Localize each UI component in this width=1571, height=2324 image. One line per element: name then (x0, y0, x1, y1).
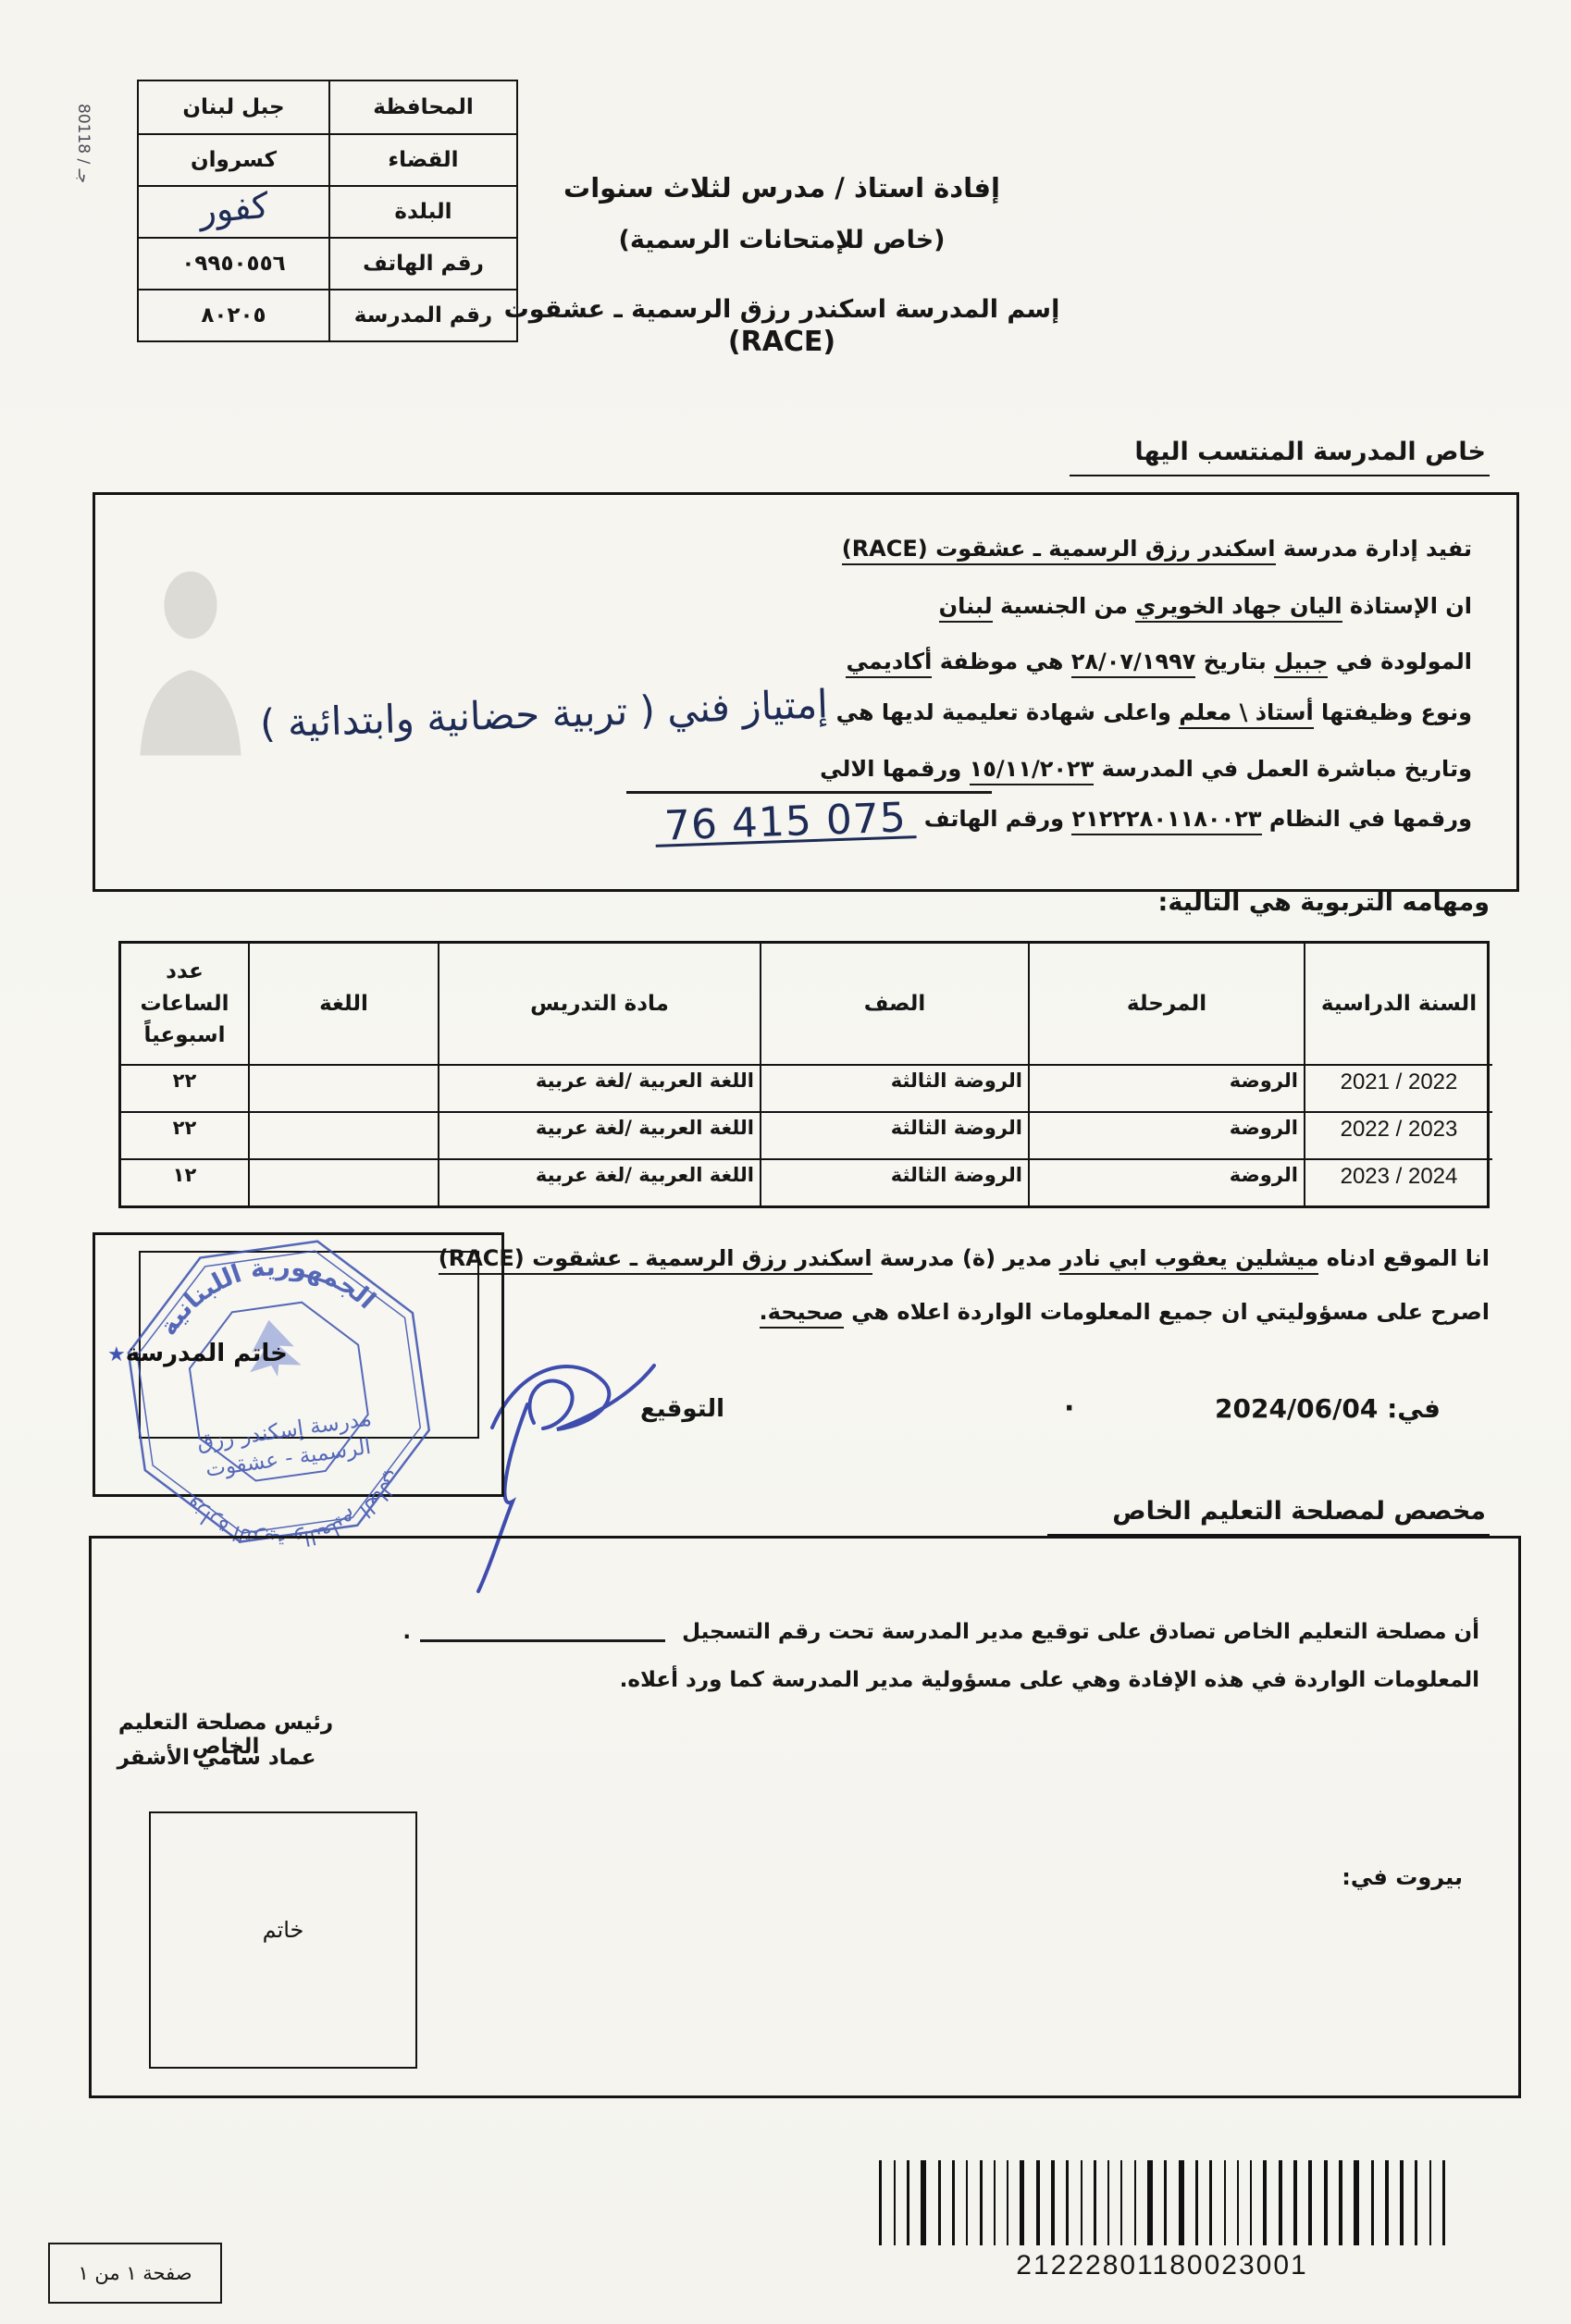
barcode-bar (1385, 2160, 1389, 2245)
barcode-bar (994, 2160, 996, 2245)
barcode-bar (1415, 2160, 1417, 2245)
margin-code: 80118 / جـ (74, 104, 93, 183)
declaration-text-1: انا الموقع ادناه (1318, 1245, 1490, 1271)
cell-stage-1: الروضة (1028, 1111, 1304, 1158)
blank-underline (626, 791, 992, 794)
barcode-bar (1308, 2160, 1312, 2245)
photo-placeholder-silhouette (130, 547, 251, 760)
cert-line-6-text: ورقمها في النظام (1262, 806, 1472, 832)
registration-number-blank (420, 1621, 665, 1642)
stamp-label-text: خاتم المدرسة (126, 1340, 288, 1367)
cert-line-3: المولودة في جبيل بتاريخ ٢٨/٠٧/١٩٩٧ هي مو… (846, 649, 1472, 674)
principal-name: ميشلين يعقوب ابي نادر (1059, 1245, 1318, 1275)
handwritten-phone: 76 415 075 (655, 801, 917, 847)
barcode-bar (1224, 2160, 1226, 2245)
col-header-language: اللغة (248, 944, 438, 1064)
cert-line-3-mid1: بتاريخ (1195, 649, 1274, 674)
barcode-bar (938, 2160, 941, 2245)
school-name-line: إسم المدرسة اسكندر رزق الرسمية ـ عشقوت (389, 295, 1175, 324)
star-icon: ★ (107, 1343, 126, 1366)
barcode-bar (894, 2160, 896, 2245)
document-subtitle: (خاص للإمتحانات الرسمية) (389, 226, 1175, 254)
cert-line-1: تفيد إدارة مدرسة اسكندر رزق الرسمية ـ عش… (842, 536, 1472, 562)
handwritten-diploma: إمتياز فني ( تربية حضانية وابتدائية ) (260, 688, 829, 739)
col-header-hours: عدد الساعات اسبوعياً (121, 944, 248, 1064)
separator-dot: · (1064, 1392, 1074, 1425)
barcode-bar (1209, 2160, 1212, 2245)
chief-name: عماد سامي الأشقر (92, 1746, 341, 1770)
certificate-box: تفيد إدارة مدرسة اسكندر رزق الرسمية ـ عش… (93, 492, 1519, 892)
stamp-placeholder-text: خاتم (263, 1917, 304, 1943)
barcode-bar (1400, 2160, 1404, 2245)
cell-subject-0: اللغة العربية /لغة عربية (438, 1064, 760, 1111)
barcode-bar (1081, 2160, 1082, 2245)
declaration-text-2: اصرح على مسؤوليتي ان جميع المعلومات الوا… (844, 1299, 1490, 1325)
cert-line-4: ونوع وظيفتها أستاذ \ معلم واعلى شهادة تع… (260, 698, 1472, 730)
barcode (879, 2160, 1445, 2245)
cert-line-1-text: تفيد إدارة مدرسة (1276, 536, 1472, 562)
barcode-bar (907, 2160, 909, 2245)
teacher-name: اليان جهاد الخويري (1135, 593, 1342, 623)
employee-type: أكاديمي (846, 649, 932, 678)
section-school-header: خاص المدرسة المنتسب اليها (1070, 438, 1490, 476)
declaration-line-1: انا الموقع ادناه ميشلين يعقوب ابي نادر م… (439, 1245, 1490, 1271)
barcode-bar (966, 2160, 968, 2245)
barcode-bar (1324, 2160, 1328, 2245)
barcode-bar (1134, 2160, 1136, 2245)
barcode-bar (1429, 2160, 1431, 2245)
cert-line-4-text: ونوع وظيفتها (1314, 699, 1472, 725)
cert-line-2-text: ان الإستاذة (1342, 593, 1472, 619)
cell-subject-2: اللغة العربية /لغة عربية (438, 1158, 760, 1205)
barcode-number: 21222801180023001 (879, 2250, 1445, 2281)
duties-section-header: ومهامه التربوية هي التالية: (1158, 888, 1490, 917)
barcode-bar (1020, 2160, 1024, 2245)
barcode-bar (952, 2160, 955, 2245)
col-header-stage: المرحلة (1028, 944, 1304, 1064)
private-education-box: أن مصلحة التعليم الخاص تصادق على توقيع م… (89, 1536, 1521, 2098)
cell-class-0: الروضة الثالثة (760, 1064, 1028, 1111)
info-value-district: كسروان (139, 133, 328, 185)
cell-language-0 (248, 1064, 438, 1111)
document-title: إفادة استاذ / مدرس لثلاث سنوات (389, 172, 1175, 204)
barcode-bar (1036, 2160, 1040, 2245)
barcode-bar (980, 2160, 983, 2245)
private-paragraph-2: المعلومات الواردة في هذه الإفادة وهي على… (620, 1668, 1479, 1692)
cert-line-2-mid: من الجنسية (993, 593, 1136, 619)
birth-date: ٢٨/٠٧/١٩٩٧ (1071, 649, 1196, 678)
system-number: ٢١٢٢٢٨٠١١٨٠٠٢٣ (1071, 806, 1261, 835)
barcode-bar (1371, 2160, 1374, 2245)
handwritten-town: كفور (198, 192, 270, 226)
cell-hours-1: ٢٢ (121, 1111, 248, 1158)
barcode-bar (1237, 2160, 1239, 2245)
barcode-bar (1195, 2160, 1198, 2245)
cert-line-4-mid: واعلى شهادة تعليمية لديها هي (828, 699, 1179, 725)
barcode-bar (1164, 2160, 1167, 2245)
cert-school-name: اسكندر رزق الرسمية ـ عشقوت (RACE) (842, 536, 1276, 565)
date-label: في: (1387, 1393, 1441, 1424)
cell-year-2: 2023 / 2024 (1304, 1158, 1492, 1205)
cert-line-2: ان الإستاذة اليان جهاد الخويري من الجنسي… (939, 593, 1472, 619)
col-header-subject: مادة التدريس (438, 944, 760, 1064)
info-value-town: كفور (139, 185, 328, 237)
barcode-bar (1250, 2160, 1252, 2245)
info-value-governorate: جبل لبنان (139, 81, 328, 133)
barcode-bar (1354, 2160, 1359, 2245)
nationality: لبنان (939, 593, 993, 623)
barcode-bar (1147, 2160, 1153, 2245)
barcode-bar (1120, 2160, 1122, 2245)
private-p1-text: أن مصلحة التعليم الخاص تصادق على توقيع م… (674, 1620, 1479, 1644)
official-stamp-placeholder-box: خاتم (149, 1811, 417, 2069)
cell-hours-0: ٢٢ (121, 1064, 248, 1111)
cell-subject-1: اللغة العربية /لغة عربية (438, 1111, 760, 1158)
info-label-governorate: المحافظة (328, 81, 516, 133)
cell-year-1: 2022 / 2023 (1304, 1111, 1492, 1158)
title-block: إفادة استاذ / مدرس لثلاث سنوات (خاص للإم… (389, 172, 1175, 358)
cell-class-2: الروضة الثالثة (760, 1158, 1028, 1205)
cert-line-3-text: المولودة في (1328, 649, 1472, 674)
barcode-bar (1179, 2160, 1184, 2245)
cell-language-2 (248, 1158, 438, 1205)
info-value-phone: ٠٩٩٥٠٥٥٦ (139, 237, 328, 289)
info-value-school-number: ٨٠٢٠٥ (139, 289, 328, 340)
cell-class-1: الروضة الثالثة (760, 1111, 1028, 1158)
page-number-box: صفحة ١ من ١ (48, 2243, 222, 2304)
barcode-bar (921, 2160, 926, 2245)
barcode-bar (1339, 2160, 1342, 2245)
cell-stage-2: الروضة (1028, 1158, 1304, 1205)
cert-line-5-tail: ورقمها الالي (820, 756, 970, 782)
cell-hours-2: ١٢ (121, 1158, 248, 1205)
scanned-certificate-page: 80118 / جـ جبل لبنان المحافظة كسروان الق… (0, 0, 1571, 2324)
barcode-bar (1051, 2160, 1055, 2245)
barcode-bar (1293, 2160, 1297, 2245)
work-start-date: ١٥/١١/٢٠٢٣ (970, 756, 1095, 785)
cell-year-0: 2021 / 2022 (1304, 1064, 1492, 1111)
job-role: أستاذ \ معلم (1179, 699, 1313, 729)
barcode-bar (1279, 2160, 1282, 2245)
school-acronym: (RACE) (389, 326, 1175, 358)
date-row: في: 2024/06/04 (1215, 1393, 1441, 1424)
cert-line-5: وتاريخ مباشرة العمل في المدرسة ١٥/١١/٢٠٢… (820, 756, 1472, 782)
barcode-bar (1107, 2160, 1109, 2245)
cert-line-5-text: وتاريخ مباشرة العمل في المدرسة (1094, 756, 1472, 782)
section-private-header: مخصص لمصلحة التعليم الخاص (1047, 1497, 1490, 1536)
beirut-date-label: بيروت في: (1342, 1864, 1463, 1890)
col-header-class: الصف (760, 944, 1028, 1064)
private-paragraph-1: أن مصلحة التعليم الخاص تصادق على توقيع م… (402, 1620, 1479, 1644)
declaration-line-2: اصرح على مسؤوليتي ان جميع المعلومات الوا… (760, 1299, 1490, 1325)
cert-line-6-tail: ورقم الهاتف (916, 806, 1071, 832)
duties-table: عدد الساعات اسبوعياً اللغة مادة التدريس … (118, 941, 1490, 1208)
barcode-bar (879, 2160, 882, 2245)
barcode-bar (1442, 2160, 1445, 2245)
col-header-year: السنة الدراسية (1304, 944, 1492, 1064)
cell-language-1 (248, 1111, 438, 1158)
barcode-bar (1094, 2160, 1096, 2245)
barcode-bar (1007, 2160, 1008, 2245)
barcode-bar (1066, 2160, 1069, 2245)
date-value: 2024/06/04 (1215, 1393, 1378, 1424)
declaration-correct-word: صحيحة. (760, 1299, 844, 1329)
declaration-mid: مدير (ة) مدرسة (872, 1245, 1060, 1271)
stamp-printed-label: خاتم المدرسة★ (107, 1340, 288, 1367)
private-p1-period: . (402, 1620, 411, 1644)
barcode-bar (1263, 2160, 1267, 2245)
cell-stage-0: الروضة (1028, 1064, 1304, 1111)
cert-line-3-mid2: هي موظفة (932, 649, 1070, 674)
cert-line-6: ورقمها في النظام ٢١٢٢٢٨٠١١٨٠٠٢٣ ورقم اله… (655, 806, 1472, 843)
birth-town: جبيل (1274, 649, 1328, 678)
